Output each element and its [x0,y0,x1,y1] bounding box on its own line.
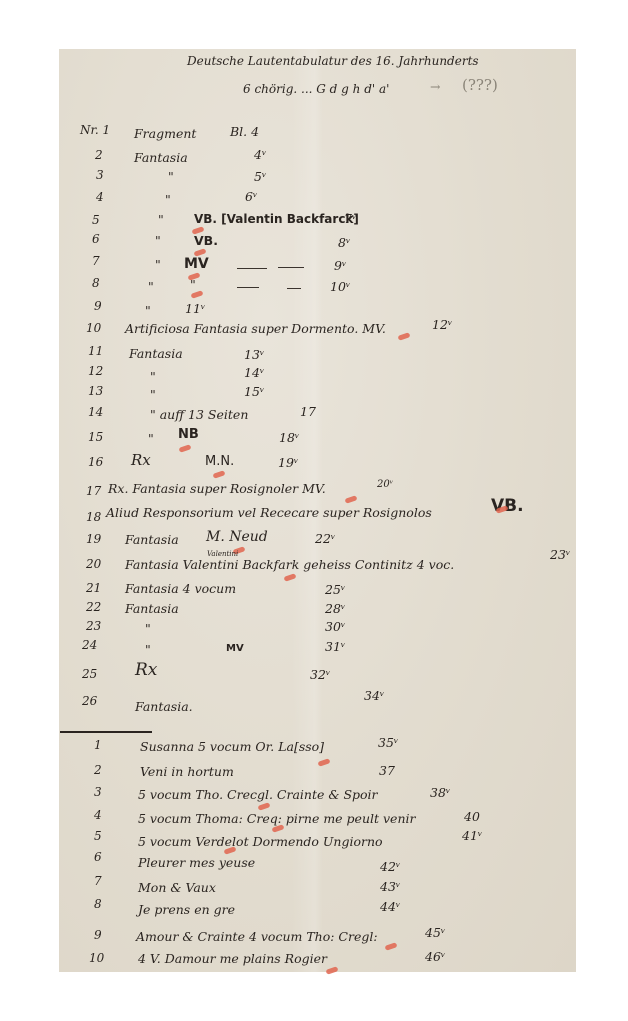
row-folio: 35ᵛ [378,736,399,750]
row-title: Veni in hortum [140,765,234,779]
composer-mark: VB. [Valentin Backfarck] [194,212,359,226]
row-folio: 4ᵛ [254,148,267,162]
row-folio: 31ᵛ [325,640,346,654]
row-title: Rx [131,453,151,467]
row-folio: 7ᵛ [344,212,357,226]
row-number: 6 [92,232,100,246]
row-title: 5 vocum Tho. Crecgl. Crainte & Spoir [138,788,378,802]
row-title: " [145,304,151,318]
composer-mark: VB. [194,234,218,248]
row-folio: 5ᵛ [254,170,267,184]
row-number: 7 [94,874,102,888]
row-number: 18 [86,510,101,524]
row-folio: 34ᵛ [364,689,385,703]
row-folio: 46ᵛ [425,950,446,964]
row-title: Aliud Responsorium vel Rececare super Ro… [106,506,432,520]
row-folio: 20ᵛ [377,478,393,492]
row-number: 16 [88,455,103,469]
row-number: 20 [86,557,101,571]
row-title: " [150,388,156,402]
row-folio: 42ᵛ [380,860,401,874]
tuning-line: 6 chörig. ... G d g h d' a' [243,82,389,96]
row-number: 2 [94,763,102,777]
row-title: Fantasia [129,347,183,361]
row-number: 7 [92,254,100,268]
row-number: 26 [82,694,97,708]
row-number: 8 [94,897,102,911]
arrow-icon: → [430,80,440,94]
row-number: 4 [96,190,104,204]
ditto-dash [237,287,259,288]
row-title: " [158,213,164,227]
row-folio: 13ᵛ [244,348,265,362]
row-title: Rx. Fantasia super Rosignoler MV. [108,482,326,496]
row-title: " [148,280,154,294]
ditto-dash [278,267,304,268]
row-folio: 43ᵛ [380,880,401,894]
row-folio: Bl. 4 [230,125,259,139]
ditto-dash [237,268,267,269]
row-folio: 23ᵛ [550,548,571,562]
row-folio: 41ᵛ [462,829,483,843]
row-number: 5 [94,829,102,843]
row-number: 21 [86,581,101,595]
composer-mark: M. Neud [206,530,268,544]
row-folio: 14ᵛ [244,366,265,380]
row-folio: 38ᵛ [430,786,451,800]
row-number: 8 [92,276,100,290]
row-number: 9 [94,299,102,313]
row-number: 4 [94,808,102,822]
row-number: 3 [94,785,102,799]
row-title: 5 vocum Thoma: Creq: pirne me peult veni… [138,812,415,826]
row-folio: 17 [300,405,316,419]
row-folio: 18ᵛ [279,431,300,445]
composer-mark: MV [226,642,244,656]
row-folio: 22ᵛ [315,532,336,546]
row-title: Amour & Crainte 4 vocum Tho: Cregl: [136,930,378,944]
row-title: " [155,258,161,272]
row-title: " [168,170,174,184]
row-title: " [145,643,151,657]
row-title: Fantasia 4 vocum [125,582,236,596]
row-folio: 30ᵛ [325,620,346,634]
row-folio: 10ᵛ [330,280,351,294]
composer-mark: NB [178,428,199,442]
row-title: " [155,234,161,248]
row-title: Fantasia [125,602,179,616]
row-title: " auff 13 Seiten [150,408,248,422]
row-number: Nr. 1 [80,123,110,137]
row-folio: 9ᵛ [334,259,347,273]
row-title: Artificiosa Fantasia super Dormento. MV. [125,322,386,336]
row-number: 10 [86,321,101,335]
row-title: Je prens en gre [138,903,235,917]
row-folio: 15ᵛ [244,385,265,399]
row-title: Fantasia Valentini Backfark geheiss Cont… [125,558,454,572]
row-title: Fantasia [125,533,179,547]
composer-mark: M.N. [205,455,234,469]
row-title: Fragment [134,127,196,141]
row-number: 14 [88,405,103,419]
row-title: Fantasia [134,151,188,165]
row-title: Susanna 5 vocum Or. La[sso] [140,740,324,754]
row-title: Rx [135,663,157,677]
row-title: " [150,370,156,384]
row-number: 5 [92,213,100,227]
row-title: 5 vocum Verdelot Dormendo Ungiorno [138,835,383,849]
row-folio: 12ᵛ [432,318,453,332]
row-number: 19 [86,532,101,546]
row-number: 24 [82,638,97,652]
row-number: 6 [94,850,102,864]
section-divider [60,731,152,733]
row-title: Pleurer mes yeuse [138,856,255,870]
row-number: 11 [88,344,103,358]
row-folio: 44ᵛ [380,900,401,914]
row-folio: 45ᵛ [425,926,446,940]
row-number: 12 [88,364,103,378]
row-number: 22 [86,600,101,614]
row-title: " [145,622,151,636]
page-title: Deutsche Lautentabulatur des 16. Jahrhun… [187,54,479,68]
composer-mark: " [190,278,196,292]
row-number: 3 [96,168,104,182]
row-number: 17 [86,484,101,498]
pencil-note: (???) [462,78,498,92]
row-number: 13 [88,384,103,398]
row-number: 1 [94,738,102,752]
row-folio: 40 [464,810,480,824]
row-number: 23 [86,619,101,633]
row-folio: 25ᵛ [325,583,346,597]
row-number: 10 [89,951,104,965]
row-title: " [165,193,171,207]
row-title: 4 V. Damour me plains Rogier [138,952,327,966]
row-title: " [148,432,154,446]
row-folio: 28ᵛ [325,602,346,616]
row-title: Mon & Vaux [138,881,216,895]
row-number: 25 [82,667,97,681]
row-folio: 11ᵛ [185,302,206,316]
row-folio: 6ᵛ [245,190,258,204]
row-folio: 32ᵛ [310,668,331,682]
row-number: 9 [94,928,102,942]
ditto-dash [287,288,301,289]
row-folio: 19ᵛ [278,456,299,470]
row-folio: 8ᵛ [338,236,351,250]
row-number: 2 [95,148,103,162]
row-title: Fantasia. [135,700,193,714]
row-number: 15 [88,430,103,444]
row-folio: 37 [379,764,395,778]
composer-mark: MV [184,257,209,271]
